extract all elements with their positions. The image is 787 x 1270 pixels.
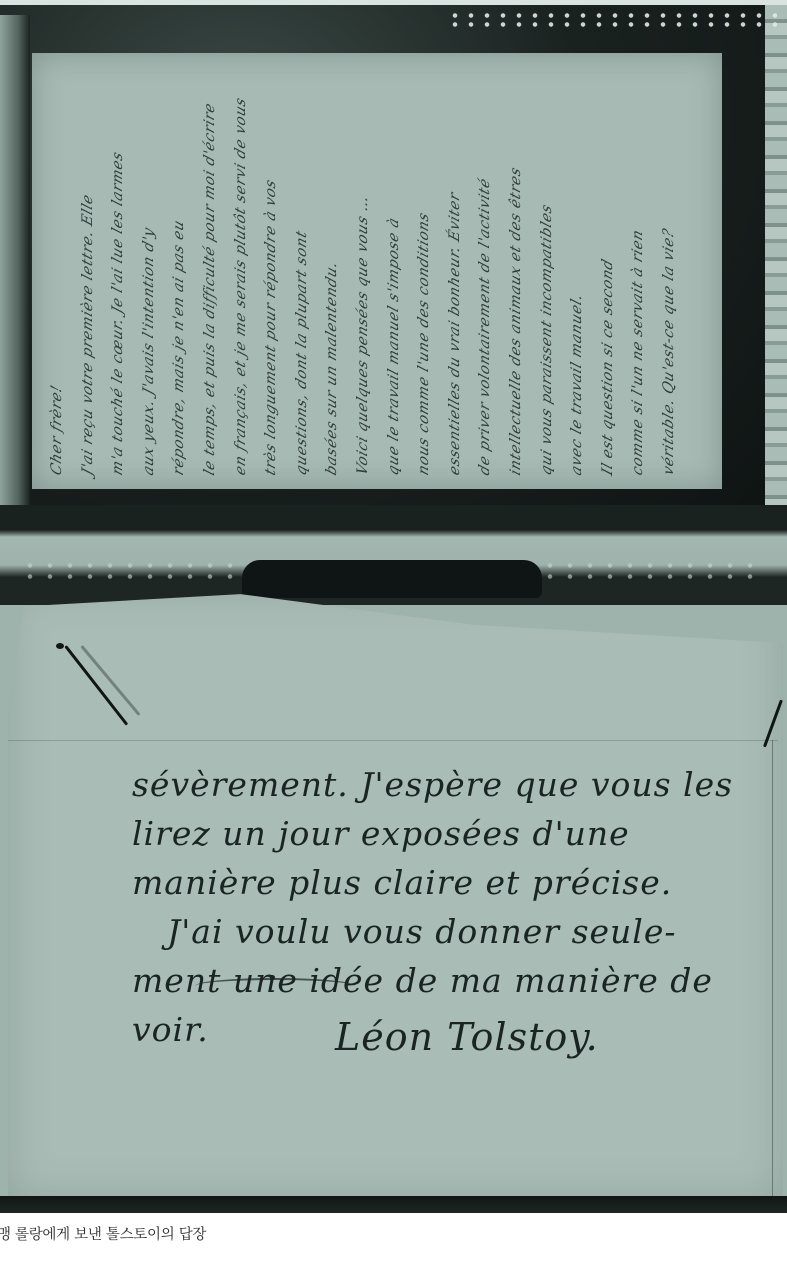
top-letter-line: comme si l'un ne servait à rien (623, 62, 654, 480)
letter-line: J'ai voulu vous donner seule- (132, 907, 772, 956)
letter-line: sévèrement. J'espère que vous les (132, 760, 772, 809)
pen-flourish (195, 978, 355, 994)
letter-photograph: Cher frère! J'ai reçu votre première let… (0, 0, 787, 1213)
top-letter-page: Cher frère! J'ai reçu votre première let… (32, 53, 722, 489)
frame-left-edge (0, 15, 30, 545)
top-letter-line: très longuement pour répondre à vos (256, 62, 287, 480)
top-letter-line: en français, et je me serais plutôt serv… (226, 62, 257, 480)
top-letter-line: de priver volontairement de l'activité (470, 62, 501, 480)
top-letter-line: Il est question si ce second (593, 62, 624, 480)
bottom-letter-text: sévèrement. J'espère que vous les lirez … (132, 760, 772, 1054)
image-caption: 맹 롤랑에게 보낸 톨스토이의 답장 (0, 1223, 206, 1244)
top-letter-line: intellectuelle des animaux et des êtres (501, 62, 532, 480)
top-letter-line: basées sur un malentendu. (317, 62, 348, 480)
letter-line: manière plus claire et précise. (132, 858, 772, 907)
top-letter-line: questions, dont la plupart sont (287, 62, 318, 480)
top-letter-line: Voici quelques pensées que vous … (348, 62, 379, 480)
top-letter-line: avec le travail manuel. (562, 62, 593, 480)
top-letter-line: nous comme l'une des conditions (409, 62, 440, 480)
frame-dot-pattern (447, 11, 777, 29)
top-letter-line: essentielles du vrai bonheur. Éviter (440, 62, 471, 480)
top-letter-line: qui vous paraissent incompatibles (532, 62, 563, 480)
top-letter-line: m'a touché le cœur. Je l'ai lue les larm… (103, 62, 134, 480)
top-letter-line: J'ai reçu votre première lettre. Elle (73, 62, 104, 480)
pin-head (56, 643, 64, 649)
signature: Léon Tolstoy. (335, 1015, 599, 1059)
ink-dot (270, 975, 275, 980)
top-letter-line: Cher frère! (42, 62, 73, 480)
top-letter-line: véritable. Qu'est-ce que la vie? (654, 62, 685, 480)
paper-edge-line (772, 740, 773, 1200)
frame-right-ornament (765, 5, 787, 565)
top-letter-line: aux yeux. J'avais l'intention d'y (134, 62, 165, 480)
top-letter-line: le temps, et puis la difficulté pour moi… (195, 62, 226, 480)
photo-bottom-edge (0, 1196, 787, 1213)
top-letter-text: Cher frère! J'ai reçu votre première let… (32, 53, 722, 489)
top-letter-line: que le travail manuel s'impose à (379, 62, 410, 480)
letter-line: lirez un jour exposées d'une (132, 809, 772, 858)
frame-clasp (242, 560, 542, 598)
paper-fold-line (8, 740, 778, 741)
top-letter-line: répondre, mais je n'en ai pas eu (164, 62, 195, 480)
